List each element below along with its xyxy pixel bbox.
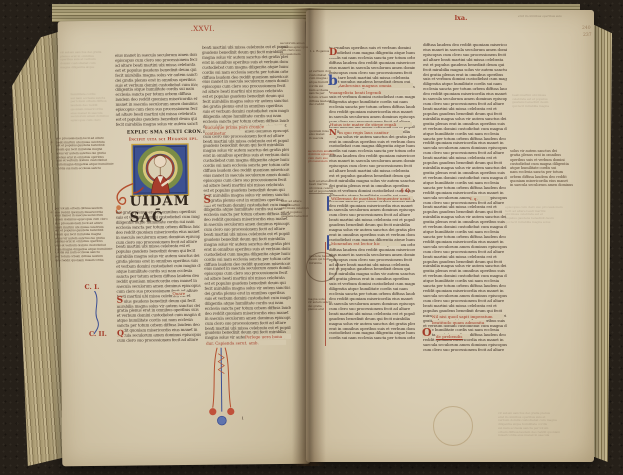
red-word: Quare (173, 291, 186, 296)
margin-gloss-faint: episcopus cum clero suo processionemfeci… (505, 206, 577, 225)
text-column-2: beati martini ubi missa celebrata est et… (202, 45, 291, 341)
showthrough-text: humilitate cordissui nam ecclesia sancta… (70, 93, 114, 123)
text-column-2: diffusa laudem deo reddit quoniam miseri… (423, 43, 507, 353)
margin-gloss: suo processionem fecit ad altarebeati ma… (56, 137, 130, 171)
text-column-1-upper: eius manet in saecula seculorum amen dom… (115, 53, 198, 128)
margin-gloss-plus: + (50, 140, 53, 144)
end-rubric: Perlege uera bona (245, 334, 291, 339)
margin-rule-red (325, 242, 326, 346)
chapter-mark-2: C. II. (89, 330, 107, 338)
margin-gloss-plus: + (50, 210, 53, 214)
gutter-gloss: fecit ad altarebeati martiniubi missa ce… (281, 200, 309, 219)
initial-o-red: O (422, 327, 432, 338)
initial-s2-red: S (204, 196, 211, 206)
initial-n-red: N (329, 129, 337, 138)
rubric-line: Huius iste mater de stirpe regali (330, 122, 412, 127)
chapter-mark-1: C. I. (84, 283, 99, 291)
left-page-header: .XXVI. (178, 25, 228, 34)
stain-ring (433, 406, 473, 446)
rubric-line: Willermus de moribus frequenter uenit (331, 196, 413, 201)
initial-q2-red: Q (117, 329, 124, 337)
initial-q-miniature (131, 143, 190, 198)
later-inscription: erat in omnibus operibus suis (518, 15, 578, 19)
tiny-mark: ı (242, 415, 244, 421)
manuscript-photo: { "colors": { "background": "#262019", "… (0, 0, 623, 475)
margin-note: I. s. Rogamus (310, 50, 330, 53)
rubric-line: in quo regis laus canitur (339, 130, 403, 135)
end-rubric: dur. Capienda serut. amb. (206, 340, 286, 346)
showthrough-text: vir autem sanctus dei gratia plenuserat … (498, 412, 584, 438)
incipit-rubric: Incipit uita sci Hugonis epi. (129, 137, 201, 143)
initial-i-blue (327, 235, 329, 250)
margin-gloss-faint: beati martini ubi missacelebrata est et … (512, 94, 570, 109)
rubric-line: euangelista beati legendi (330, 90, 410, 95)
gutter-gloss: seculorum amendominus episcopuscum clero… (280, 42, 308, 57)
pendant-flourish (201, 347, 242, 443)
paragraph-mark: § Q (401, 188, 410, 194)
explicit-line: EXPLIC SMA SEXTI CRON. (127, 130, 203, 136)
red-note: f. q. (470, 196, 490, 201)
rubric-line: Monendus est lector hic (331, 241, 401, 246)
showthrough-text: vir autem sanctus dei gratiaplenus erat … (60, 51, 116, 70)
rubric-line: Ambrosius magnus omnia (339, 83, 413, 88)
margin-gloss: solus vir autem sanctus deigratia plenus… (510, 149, 580, 188)
initial-b-blue: b (328, 74, 338, 88)
rubric-line: beatitudo quam admonita (432, 320, 486, 325)
initial-d-red: D (329, 48, 337, 58)
text-column-1-lower: dei gratia plenus erat in omnibus operib… (116, 210, 201, 344)
right-page-header: lxa. (446, 14, 476, 22)
chapter-flourish (91, 291, 105, 335)
folio-number: 240 (582, 26, 591, 31)
initial-s-red: S (117, 297, 124, 306)
initial-i-blue (327, 196, 329, 211)
folio-number: 237 (583, 33, 592, 38)
margin-note: quoniam misericordiaeius manetin saecula (309, 130, 331, 140)
rubric-phrase: continetur (205, 130, 245, 135)
right-page: lxa. erat in omnibus operibus suis 240 2… (306, 10, 594, 462)
red-underlined-word: de prebendis (436, 334, 470, 339)
rubric-line: Nil nisi quod sapit imperatum (432, 314, 504, 319)
left-page: .XXVI. vir autem sanctus dei gratiaplenu… (58, 19, 311, 467)
